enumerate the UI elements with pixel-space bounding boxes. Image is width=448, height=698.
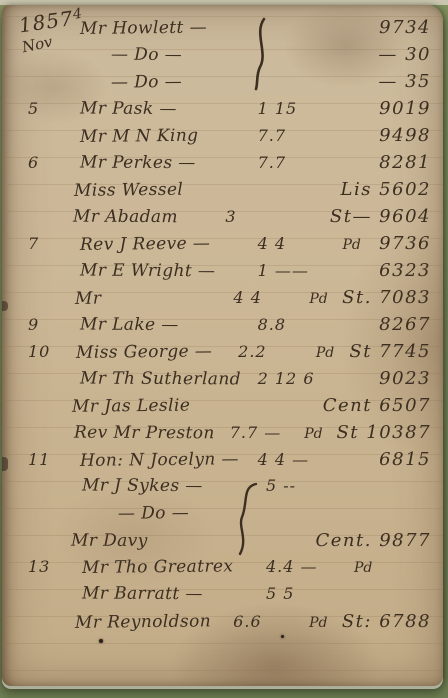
ledger-row: Miss Wessel Lis 5602 bbox=[2, 179, 443, 206]
entry-amount: 4.4 — bbox=[266, 557, 354, 576]
ledger-row: Mr J Sykes — 5 -- bbox=[2, 476, 443, 503]
entry-number: St. 7083 bbox=[342, 287, 443, 308]
entry-amount: 7.7 bbox=[258, 153, 343, 172]
entry-number: Lis 5602 bbox=[341, 179, 443, 200]
entry-number: St 7745 bbox=[349, 341, 443, 362]
entry-name: Miss George — bbox=[76, 341, 239, 363]
ledger-row: Mr E Wright — 1 —— 6323 bbox=[2, 260, 443, 287]
entry-number: 9498 bbox=[379, 125, 443, 146]
entry-amount: 7.7 — bbox=[230, 423, 305, 442]
entry-number: 8267 bbox=[379, 314, 443, 335]
ledger-row: 13 Mr Tho Greatrex 4.4 — Pd bbox=[2, 557, 443, 584]
ledger-row: Mr Abadam 3 St— 9604 bbox=[2, 206, 443, 233]
entry-number: Cent 6507 bbox=[323, 395, 443, 416]
entry-amount: 1 15 bbox=[258, 99, 343, 118]
entry-amount: 5 -- bbox=[266, 476, 354, 495]
entry-amount: 4 4 — bbox=[258, 450, 343, 469]
entry-day: 10 bbox=[2, 342, 76, 361]
entry-number: Cent. 9877 bbox=[316, 530, 444, 551]
entry-amount: 1 —— bbox=[258, 261, 343, 280]
entry-number: 9023 bbox=[379, 368, 443, 389]
ledger-row: 7 Rev J Reeve — 4 4 Pd 9736 bbox=[2, 233, 443, 260]
ledger-row: Mr Reynoldson 6.6 Pd St: 6788 bbox=[2, 611, 443, 638]
entry-name: — Do — bbox=[75, 44, 270, 65]
ledger-row: — Do — bbox=[2, 503, 443, 530]
entry-amount: 3 bbox=[225, 207, 298, 226]
ledger-row: 6 Mr Perkes — 7.7 8281 bbox=[2, 152, 443, 179]
entry-name: — Do — bbox=[75, 71, 270, 93]
entry-number: — 35 bbox=[378, 71, 443, 92]
entry-number: St 10387 bbox=[336, 422, 443, 443]
entry-amount: 8.8 bbox=[258, 315, 343, 334]
entry-day: 6 bbox=[2, 153, 80, 172]
entry-number: 9734 bbox=[379, 17, 443, 38]
ledger-row: Mr Barratt — 5 5 bbox=[2, 584, 443, 611]
binding-nick bbox=[2, 301, 8, 311]
entry-name: Mr Howlett — bbox=[80, 17, 258, 39]
paid-mark: Pd bbox=[343, 237, 380, 253]
entry-amount: 6.6 bbox=[233, 612, 309, 631]
entry-amount: 2.2 bbox=[238, 342, 316, 361]
entry-name: Mr Barratt — bbox=[82, 584, 266, 605]
ledger-page: 18574 Nov Mr Howlett — 9734 — Do — — 30 … bbox=[2, 5, 443, 686]
entry-name: Mr Abadam bbox=[73, 207, 226, 228]
paid-mark: Pd bbox=[304, 426, 336, 442]
entry-name: Mr Th Sutherland bbox=[80, 369, 258, 390]
paid-mark: Pd bbox=[354, 560, 392, 576]
entry-day: 11 bbox=[2, 450, 80, 469]
entry-day: 7 bbox=[2, 234, 80, 253]
entry-name: Mr Lake — bbox=[80, 315, 258, 336]
paid-mark: Pd bbox=[309, 615, 342, 631]
ledger-rows: Mr Howlett — 9734 — Do — — 30 — Do — — 3… bbox=[2, 17, 443, 638]
ledger-row: Mr M N King 7.7 9498 bbox=[2, 125, 443, 152]
entry-name: Mr Reynoldson bbox=[74, 611, 233, 633]
entry-name: Mr J Sykes — bbox=[82, 476, 266, 497]
entry-day: 9 bbox=[2, 315, 80, 334]
ledger-photo: { "colors": { "paper": "#cbb795", "ink":… bbox=[0, 0, 448, 698]
entry-name: Mr Perkes — bbox=[80, 153, 258, 174]
entry-number: 8281 bbox=[379, 152, 443, 173]
entry-day: 13 bbox=[2, 557, 82, 576]
entry-day: 5 bbox=[2, 99, 80, 118]
entry-name: Mr Pask — bbox=[80, 99, 258, 120]
ledger-row: 9 Mr Lake — 8.8 8267 bbox=[2, 314, 443, 341]
entry-name: Rev J Reeve — bbox=[80, 233, 258, 255]
ledger-row: Mr Th Sutherland 2 12 6 9023 bbox=[2, 368, 443, 395]
entry-name: Mr Tho Greatrex bbox=[82, 556, 266, 578]
paid-mark: Pd bbox=[309, 291, 342, 307]
ledger-row: Mr Davy Cent. 9877 bbox=[2, 530, 443, 557]
ledger-row: 5 Mr Pask — 1 15 9019 bbox=[2, 98, 443, 125]
paid-mark: Pd bbox=[316, 345, 350, 361]
entry-amount: 4 4 bbox=[233, 288, 309, 307]
entry-name: Miss Wessel bbox=[74, 179, 232, 201]
ledger-row: Mr Jas Leslie Cent 6507 bbox=[2, 395, 443, 422]
ledger-row: — Do — — 30 bbox=[2, 44, 443, 71]
ledger-row: 11 Hon: N Jocelyn — 4 4 — 6815 bbox=[2, 449, 443, 476]
entry-number: 9019 bbox=[379, 98, 443, 119]
entry-number: St: 6788 bbox=[342, 611, 443, 632]
ledger-row: 10 Miss George — 2.2 Pd St 7745 bbox=[2, 341, 443, 368]
entry-amount: 5 5 bbox=[266, 584, 354, 603]
entry-amount: 4 4 bbox=[258, 234, 343, 253]
entry-name: Mr bbox=[75, 287, 234, 309]
entry-name: Mr E Wright — bbox=[80, 261, 258, 282]
entry-name: Mr M N King bbox=[80, 125, 258, 147]
entry-number: 6323 bbox=[379, 260, 443, 281]
entry-number: St— 9604 bbox=[330, 206, 443, 227]
entry-number: 9736 bbox=[379, 233, 443, 254]
page-hole bbox=[99, 639, 103, 643]
entry-number: 6815 bbox=[379, 449, 443, 470]
binding-nick bbox=[2, 457, 8, 471]
ledger-row: — Do — — 35 bbox=[2, 71, 443, 98]
ledger-row: Rev Mr Preston 7.7 — Pd St 10387 bbox=[2, 422, 443, 449]
entry-name: Mr Davy bbox=[71, 531, 216, 552]
entry-name: — Do — bbox=[82, 502, 302, 524]
entry-name: Rev Mr Preston bbox=[74, 423, 230, 444]
ledger-row: Mr Howlett — 9734 bbox=[2, 17, 443, 44]
page-hole bbox=[281, 635, 284, 638]
entry-name: Hon: N Jocelyn — bbox=[80, 449, 258, 471]
entry-amount: 7.7 bbox=[258, 126, 343, 145]
ledger-row: Mr 4 4 Pd St. 7083 bbox=[2, 287, 443, 314]
entry-amount: 2 12 6 bbox=[258, 369, 343, 388]
entry-name: Mr Jas Leslie bbox=[72, 395, 221, 417]
entry-number: — 30 bbox=[378, 44, 443, 65]
